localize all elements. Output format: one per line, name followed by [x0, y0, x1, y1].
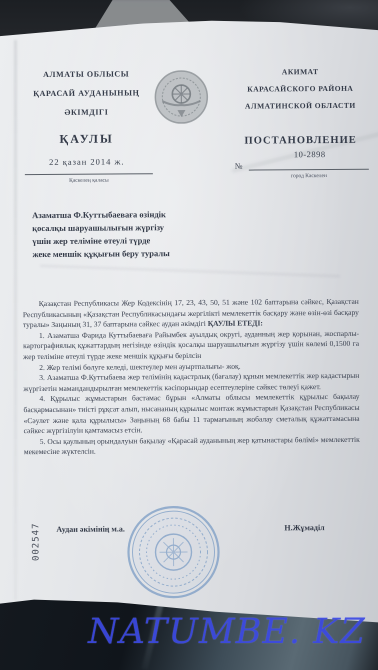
title-line: Азаматша Ф.Куттыбаеваға өзіндік [32, 208, 202, 222]
header-line: АЛМАТЫ ОБЛЫСЫ [24, 64, 148, 84]
document-body: Қазақстан Республикасы Жер Кодексінің 17… [23, 297, 360, 458]
signer-name: Н.Жұмаділ [284, 523, 324, 532]
doc-type-russian: ПОСТАНОВЛЕНИЕ [232, 135, 370, 147]
header-line: АКИМАТ [231, 63, 369, 81]
header-line: ӘКІМДІГІ [24, 102, 148, 122]
watermark-text: NATUMBE. KZ [88, 612, 378, 652]
body-item: 4. Құрылыс жұмыстарын бастамас бұрын «Ал… [23, 392, 359, 437]
header-line: АЛМАТИНСКОЙ ОБЛАСТИ [231, 97, 369, 115]
body-intro: Қазақстан Республикасы Жер Кодексінің 17… [23, 297, 359, 331]
body-item: 3. Азаматша Ф.Куттыбаева жер телімінің к… [23, 371, 359, 395]
number-sign: № [235, 162, 243, 171]
title-line: қосалқы шаруашылығын жүргізу [32, 221, 202, 235]
header-russian: АКИМАТ КАРАСАЙСКОГО РАЙОНА АЛМАТИНСКОЙ О… [231, 63, 369, 115]
signer-title: Аудан әкімінің м.а. [56, 524, 125, 533]
document-title: Азаматша Ф.Куттыбаеваға өзіндік қосалқы … [32, 208, 202, 261]
serial-number: 002547 [31, 523, 41, 562]
header-kazakh: АЛМАТЫ ОБЛЫСЫ ҚАРАСАЙ АУДАНЫНЫҢ ӘКІМДІГІ [24, 64, 148, 122]
title-line: үшін жер теліміне өтеулі түрде [32, 234, 202, 248]
date-underline [25, 173, 153, 175]
header-line: КАРАСАЙСКОГО РАЙОНА [231, 80, 369, 98]
intro-text: Қазақстан Республикасы Жер Кодексінің 17… [23, 297, 359, 330]
header-line: ҚАРАСАЙ АУДАНЫНЫҢ [24, 83, 148, 103]
kazakhstan-state-emblem-icon [152, 68, 210, 126]
place-kazakh: Қаскелең қаласы [25, 177, 153, 184]
title-line: жеке меншік құқығын беру туралы [32, 247, 202, 261]
body-item: 1. Азаматша Фарида Куттыбаеваға Райымбек… [23, 329, 359, 363]
decree-keyword: ҚАУЛЫ ЕТЕДІ: [208, 319, 263, 328]
doc-type-kazakh: ҚАУЛЫ [25, 131, 149, 147]
paper-content: АЛМАТЫ ОБЛЫСЫ ҚАРАСАЙ АУДАНЫНЫҢ ӘКІМДІГІ… [0, 0, 378, 670]
document-date: 22 қазан 2014 ж. [27, 156, 147, 167]
official-round-stamp [125, 504, 222, 601]
body-item: 5. Осы қаулының орындалуын бақылау «Қара… [24, 435, 360, 459]
place-russian: город Каскелен [249, 173, 369, 180]
paper-sheet: АЛМАТЫ ОБЛЫСЫ ҚАРАСАЙ АУДАНЫНЫҢ ӘКІМДІГІ… [0, 0, 378, 670]
document-photo: АЛМАТЫ ОБЛЫСЫ ҚАРАСАЙ АУДАНЫНЫҢ ӘКІМДІГІ… [0, 0, 378, 670]
number-underline [249, 169, 369, 171]
document-number: 10-2898 [251, 149, 369, 160]
